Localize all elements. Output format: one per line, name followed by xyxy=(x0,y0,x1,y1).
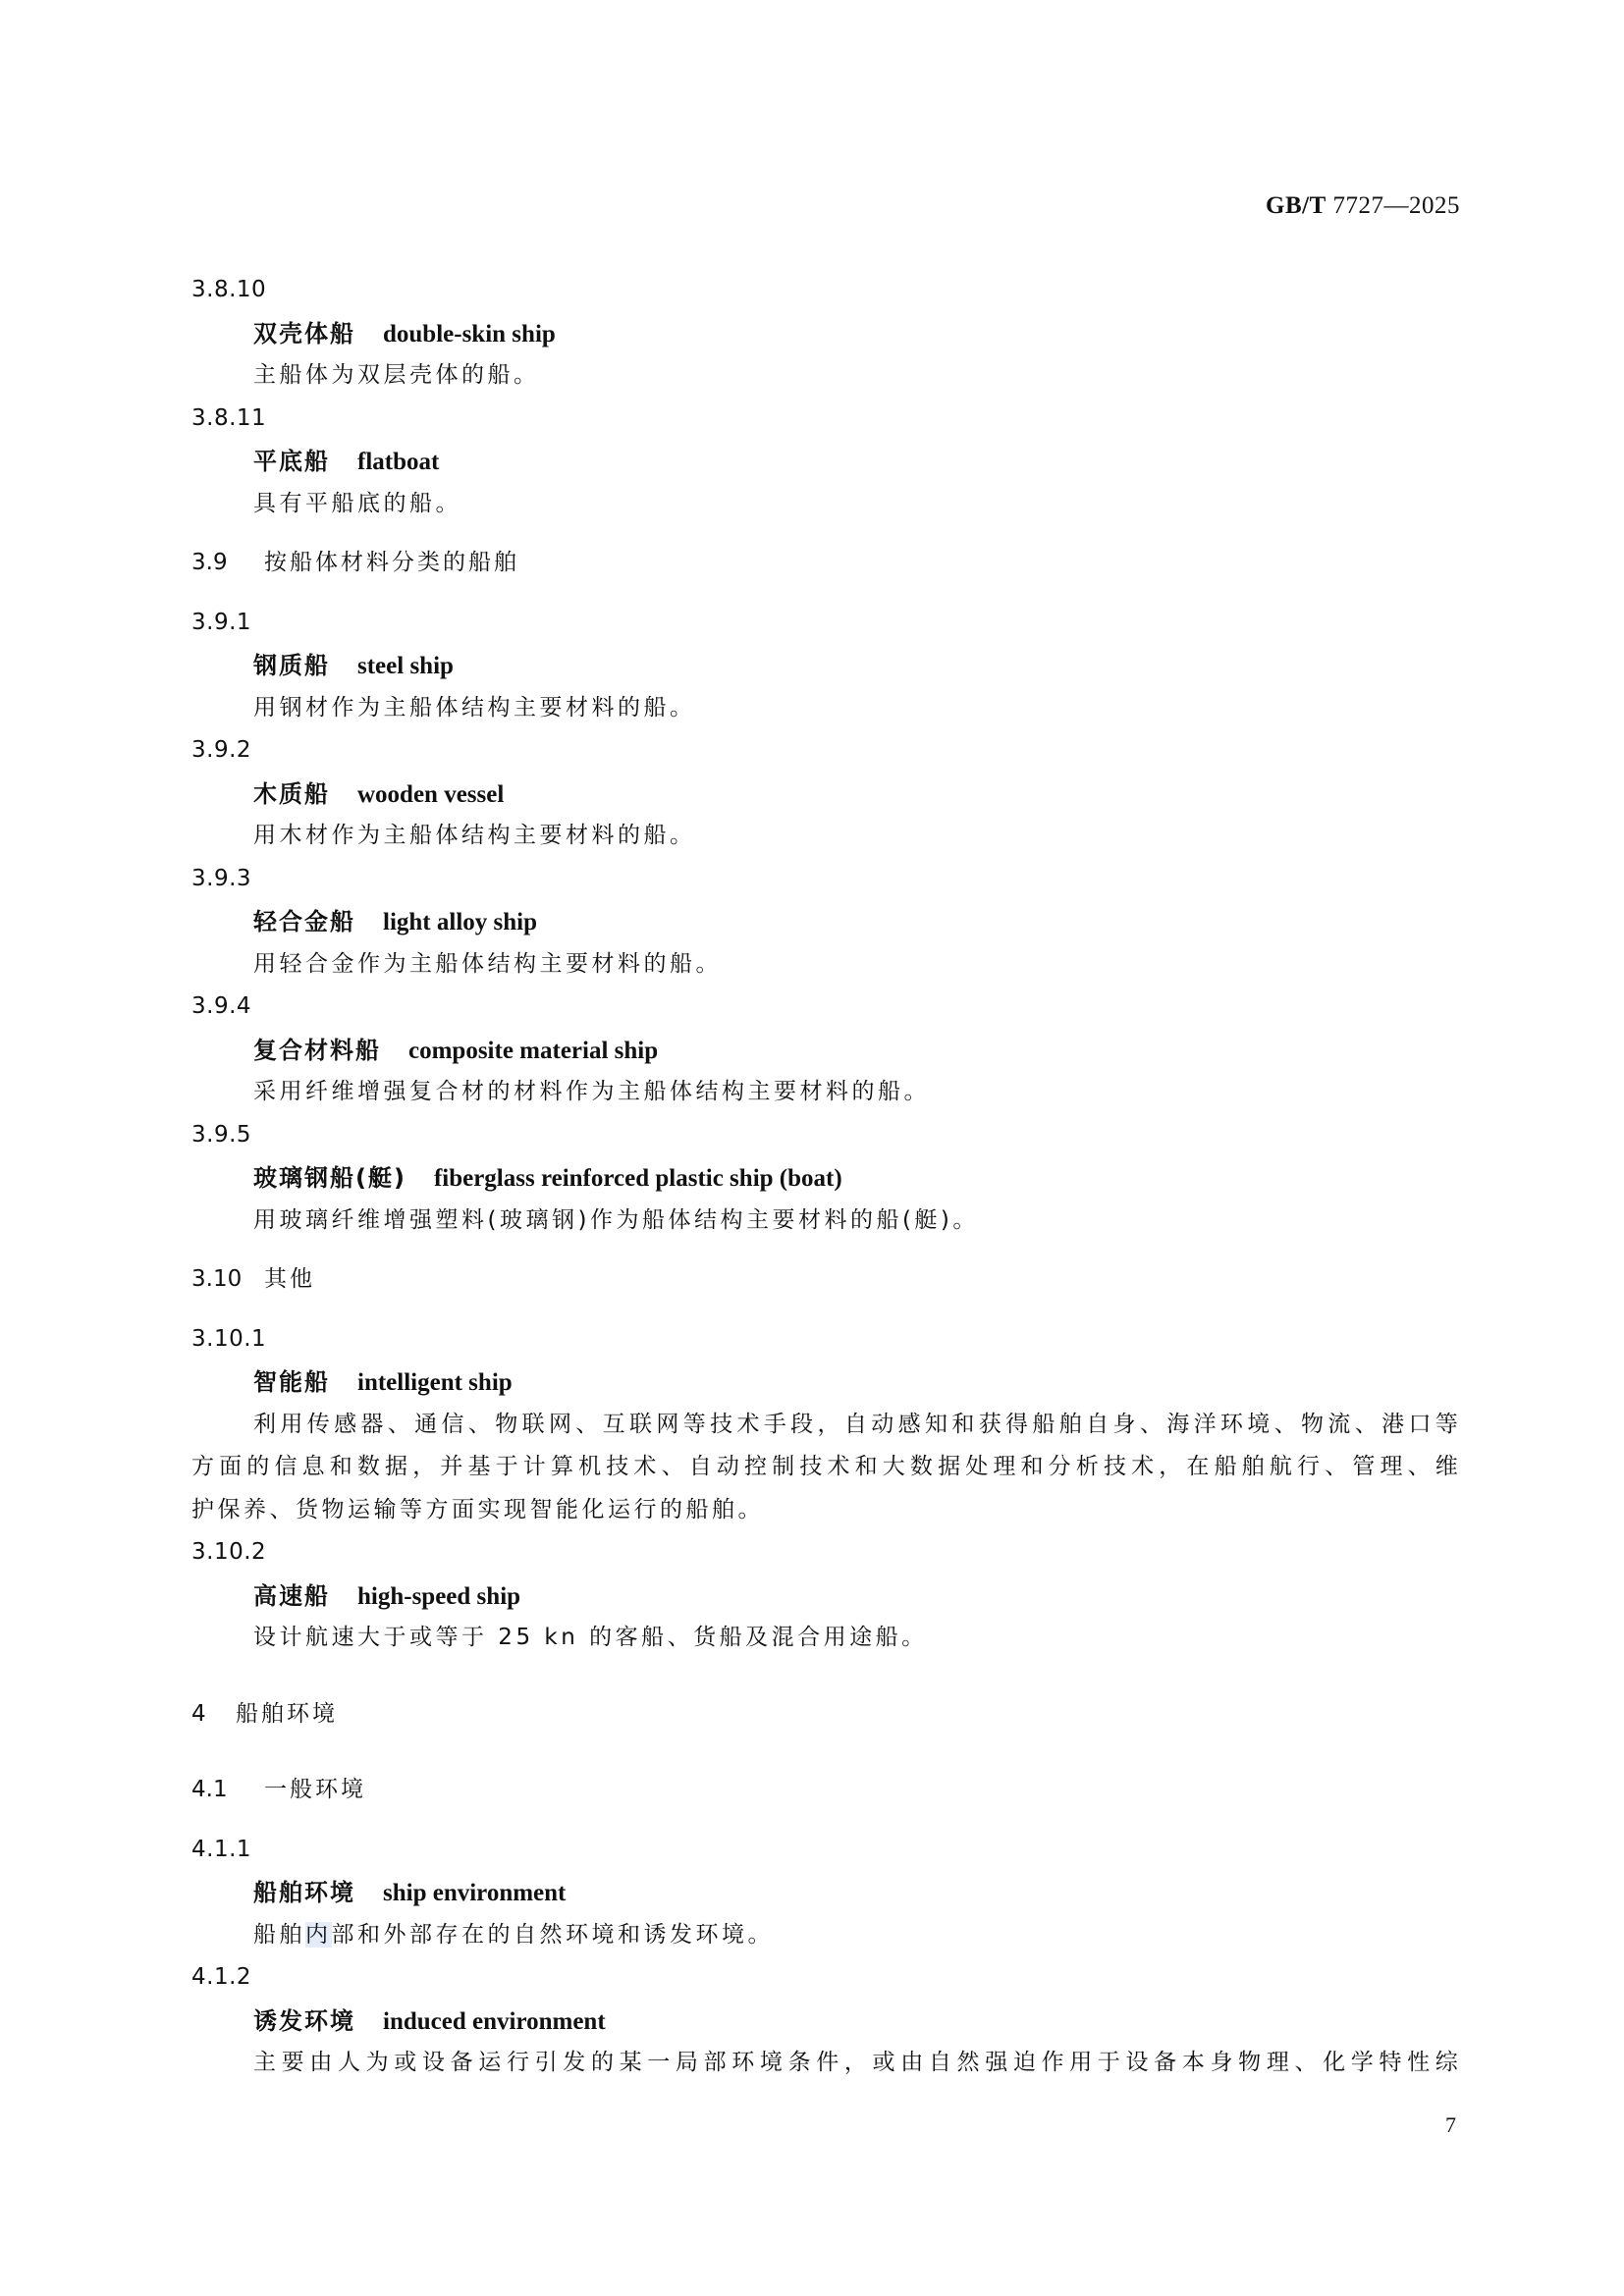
term-heading: 钢质船steel ship xyxy=(191,644,1460,687)
term-en: light alloy ship xyxy=(383,909,537,935)
section-number: 3.9 xyxy=(191,542,264,585)
term-heading: 智能船intelligent ship xyxy=(191,1361,1460,1404)
term-heading: 高速船high-speed ship xyxy=(191,1575,1460,1618)
entry-number: 3.9.1 xyxy=(191,602,1460,645)
term-definition-line: 利用传感器、通信、物联网、互联网等技术手段，自动感知和获得船舶自身、海洋环境、物… xyxy=(191,1404,1460,1447)
term-heading: 双壳体船double-skin ship xyxy=(191,312,1460,355)
term-heading: 平底船flatboat xyxy=(191,440,1460,483)
term-en: flatboat xyxy=(357,449,439,475)
term-zh: 双壳体船 xyxy=(253,320,355,347)
term-zh: 诱发环境 xyxy=(253,2007,355,2035)
entry-number: 3.9.2 xyxy=(191,729,1460,773)
term-zh: 玻璃钢船(艇) xyxy=(253,1164,406,1192)
term-definition-line: 护保养、货物运输等方面实现智能化运行的船舶。 xyxy=(191,1489,1460,1532)
term-en: composite material ship xyxy=(408,1038,658,1064)
term-zh: 轻合金船 xyxy=(253,908,355,935)
term-en: steel ship xyxy=(357,653,454,679)
term-en: ship environment xyxy=(383,1880,566,1906)
entry-number: 3.8.10 xyxy=(191,269,1460,312)
chapter-title: 船舶环境 xyxy=(236,1701,338,1727)
term-en: intelligent ship xyxy=(357,1369,513,1396)
term-heading: 船舶环境ship environment xyxy=(191,1871,1460,1914)
term-heading: 复合材料船composite material ship xyxy=(191,1029,1460,1072)
term-zh: 钢质船 xyxy=(253,652,330,679)
term-zh: 平底船 xyxy=(253,448,330,475)
term-definition: 用木材作为主船体结构主要材料的船。 xyxy=(191,815,1460,858)
term-heading: 诱发环境induced environment xyxy=(191,2000,1460,2043)
term-definition: 用轻合金作为主船体结构主要材料的船。 xyxy=(191,943,1460,987)
term-zh: 船舶环境 xyxy=(253,1879,355,1906)
entry-number: 3.9.5 xyxy=(191,1114,1460,1157)
term-zh: 高速船 xyxy=(253,1582,330,1610)
term-definition: 用玻璃纤维增强塑料(玻璃钢)作为船体结构主要材料的船(艇)。 xyxy=(191,1200,1460,1243)
term-definition: 设计航速大于或等于 25 kn 的客船、货船及混合用途船。 xyxy=(191,1617,1460,1660)
entry-number: 3.9.3 xyxy=(191,858,1460,901)
standard-number: 7727—2025 xyxy=(1333,192,1461,219)
term-zh: 木质船 xyxy=(253,780,330,808)
document-body: 3.8.10 双壳体船double-skin ship 主船体为双层壳体的船。 … xyxy=(191,269,1460,2085)
document-header: GB/T 7727—2025 xyxy=(1266,192,1460,220)
entry-number: 3.10.1 xyxy=(191,1318,1460,1362)
section-heading: 3.9按船体材料分类的船舶 xyxy=(191,542,1460,585)
definition-text: 部和外部存在的自然环境和诱发环境。 xyxy=(332,1922,775,1948)
standard-prefix: GB/T xyxy=(1266,192,1326,219)
term-definition: 船舶内部和外部存在的自然环境和诱发环境。 xyxy=(191,1914,1460,1957)
chapter-number: 4 xyxy=(191,1693,236,1736)
term-definition: 具有平船底的船。 xyxy=(191,483,1460,526)
term-heading: 玻璃钢船(艇)fiberglass reinforced plastic shi… xyxy=(191,1156,1460,1200)
entry-number: 4.1.2 xyxy=(191,1956,1460,2000)
term-en: wooden vessel xyxy=(357,781,504,808)
page-number: 7 xyxy=(1445,2112,1456,2138)
entry-number: 3.10.2 xyxy=(191,1531,1460,1575)
entry-number: 3.9.4 xyxy=(191,986,1460,1029)
definition-text: 船舶 xyxy=(253,1922,305,1948)
section-heading: 3.10其他 xyxy=(191,1258,1460,1302)
section-title: 一般环境 xyxy=(264,1777,366,1802)
text-selection-highlight[interactable]: 内 xyxy=(305,1922,332,1948)
term-definition: 主要由人为或设备运行引发的某一局部环境条件，或由自然强迫作用于设备本身物理、化学… xyxy=(191,2042,1460,2085)
section-title: 其他 xyxy=(264,1266,315,1292)
chapter-heading: 4船舶环境 xyxy=(191,1693,1460,1736)
section-title: 按船体材料分类的船舶 xyxy=(264,550,519,575)
section-heading: 4.1一般环境 xyxy=(191,1769,1460,1812)
entry-number: 3.8.11 xyxy=(191,398,1460,441)
section-number: 3.10 xyxy=(191,1258,264,1302)
term-en: induced environment xyxy=(383,2008,606,2035)
section-number: 4.1 xyxy=(191,1769,264,1812)
term-en: double-skin ship xyxy=(383,321,556,347)
term-zh: 智能船 xyxy=(253,1368,330,1396)
term-zh: 复合材料船 xyxy=(253,1037,381,1064)
term-definition: 采用纤维增强复合材的材料作为主船体结构主要材料的船。 xyxy=(191,1071,1460,1114)
term-en: high-speed ship xyxy=(357,1583,520,1610)
term-en: fiberglass reinforced plastic ship (boat… xyxy=(434,1165,842,1192)
entry-number: 4.1.1 xyxy=(191,1829,1460,1872)
term-heading: 轻合金船light alloy ship xyxy=(191,900,1460,943)
term-definition: 主船体为双层壳体的船。 xyxy=(191,354,1460,398)
term-heading: 木质船wooden vessel xyxy=(191,773,1460,816)
term-definition-line: 方面的信息和数据，并基于计算机技术、自动控制技术和大数据处理和分析技术，在船舶航… xyxy=(191,1446,1460,1489)
term-definition: 用钢材作为主船体结构主要材料的船。 xyxy=(191,687,1460,730)
